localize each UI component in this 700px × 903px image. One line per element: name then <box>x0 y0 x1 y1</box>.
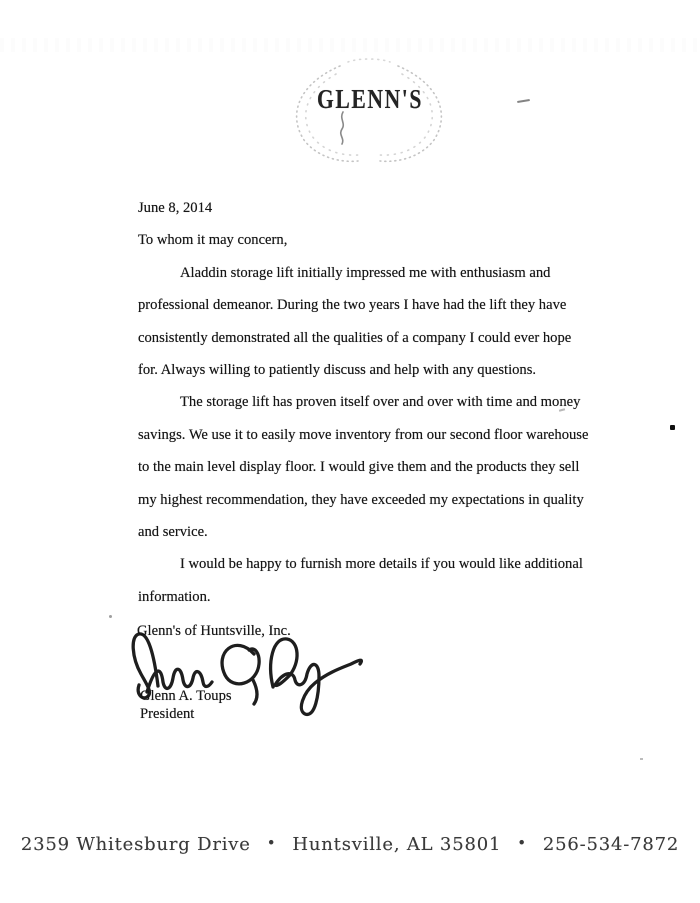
signatory-block: Glenn A. Toups President <box>140 688 232 723</box>
scan-artifact-speck <box>640 758 643 760</box>
bullet-separator: • <box>517 834 527 852</box>
closing-company: Glenn's of Huntsville, Inc. <box>137 622 291 640</box>
signatory-title: President <box>140 706 232 724</box>
letter-salutation: To whom it may concern, <box>138 224 594 256</box>
letter-body: June 8, 2014 To whom it may concern, Ala… <box>138 192 594 613</box>
letter-paragraph-3: I would be happy to furnish more details… <box>138 548 594 613</box>
signatory-name: Glenn A. Toups <box>140 688 232 706</box>
footer-phone: 256-534-7872 <box>543 834 679 855</box>
scan-artifact-dot <box>670 425 675 430</box>
footer-contact-line: 2359 Whitesburg Drive•Huntsville, AL 358… <box>0 834 700 855</box>
letter-paragraph-1: Aladdin storage lift initially impressed… <box>138 257 594 387</box>
letterhead-logo: GLENN'S <box>270 56 470 168</box>
letter-date: June 8, 2014 <box>138 192 594 224</box>
closing-block: Glenn's of Huntsville, Inc. <box>137 622 291 640</box>
scan-artifact-speck <box>109 615 112 618</box>
scan-artifact-dash <box>517 99 530 103</box>
scan-noise-texture <box>0 38 700 52</box>
logo-wordmark: GLENN'S <box>290 84 450 115</box>
footer-address: 2359 Whitesburg Drive <box>21 834 251 855</box>
footer-city: Huntsville, AL 35801 <box>292 834 501 855</box>
bullet-separator: • <box>267 834 277 852</box>
scanned-letter-page: GLENN'S June 8, 2014 To whom it may conc… <box>0 0 700 903</box>
letter-paragraph-2: The storage lift has proven itself over … <box>138 386 594 548</box>
